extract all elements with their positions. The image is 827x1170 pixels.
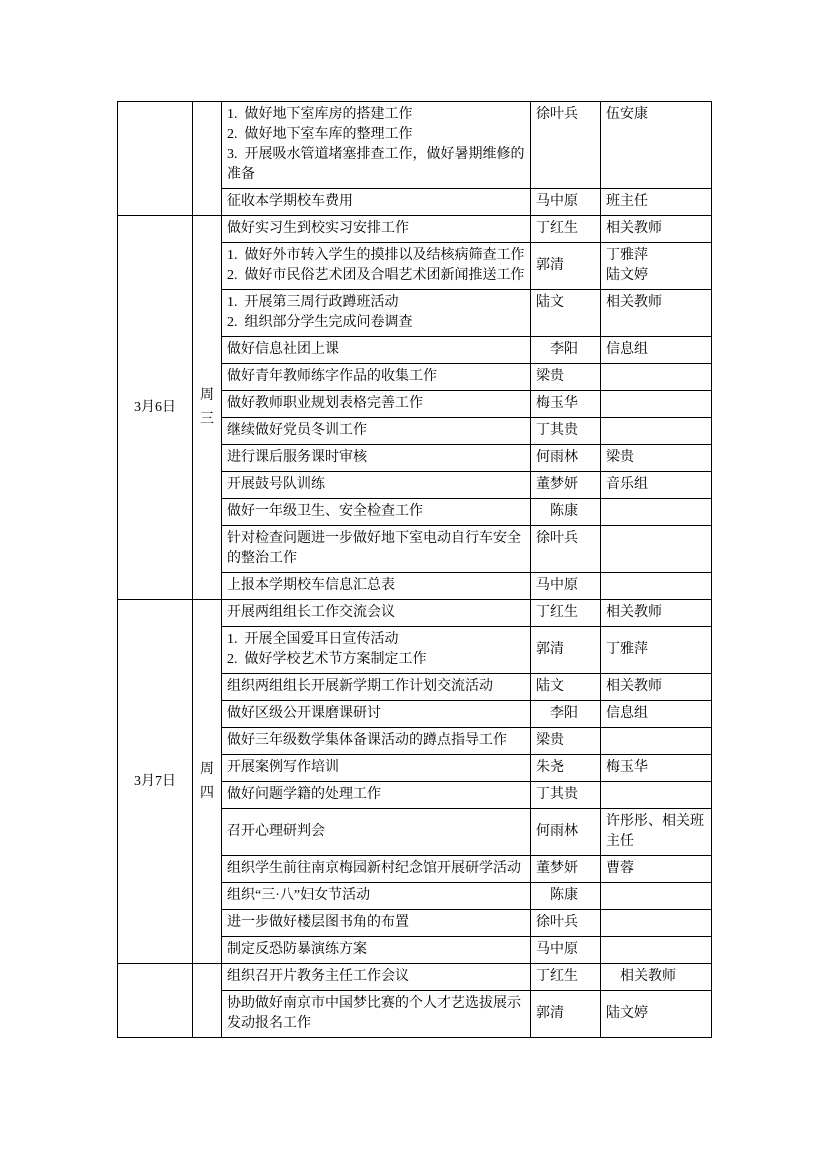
person-cell: 丁其贵 (531, 418, 601, 445)
assist-cell: 班主任 (601, 189, 712, 216)
date-cell: 3月7日 (118, 600, 193, 964)
task-cell: 组织学生前往南京梅园新村纪念馆开展研学活动 (222, 856, 531, 883)
task-cell: 做好一年级卫生、安全检查工作 (222, 499, 531, 526)
assist-cell: 曹蓉 (601, 856, 712, 883)
table-row: 1. 做好地下室库房的搭建工作 2. 做好地下室车库的整理工作 3. 开展吸水管… (118, 102, 712, 189)
assist-cell (601, 364, 712, 391)
weekday-cell (193, 964, 222, 1038)
assist-cell: 梁贵 (601, 445, 712, 472)
assist-cell: 相关教师 (601, 290, 712, 337)
table-row: 组织召开片教务主任工作会议 丁红生 相关教师 (118, 964, 712, 991)
assist-cell: 许彤彤、相关班主任 (601, 809, 712, 856)
task-cell: 组织两组组长开展新学期工作计划交流活动 (222, 674, 531, 701)
person-cell: 李阳 (531, 701, 601, 728)
person-cell: 马中原 (531, 573, 601, 600)
person-cell: 徐叶兵 (531, 102, 601, 189)
person-cell: 陆文 (531, 290, 601, 337)
person-cell: 郭清 (531, 627, 601, 674)
assist-cell (601, 499, 712, 526)
document-page: 1. 做好地下室库房的搭建工作 2. 做好地下室车库的整理工作 3. 开展吸水管… (0, 0, 827, 1170)
assist-cell: 音乐组 (601, 472, 712, 499)
assist-cell: 梅玉华 (601, 755, 712, 782)
task-cell: 制定反恐防暴演练方案 (222, 937, 531, 964)
task-cell: 1. 做好地下室库房的搭建工作 2. 做好地下室车库的整理工作 3. 开展吸水管… (222, 102, 531, 189)
date-cell (118, 964, 193, 1038)
assist-cell: 丁雅萍 (601, 627, 712, 674)
task-cell: 进行课后服务课时审核 (222, 445, 531, 472)
person-cell: 何雨林 (531, 809, 601, 856)
table-row: 3月6日 周三 做好实习生到校实习安排工作 丁红生 相关教师 (118, 216, 712, 243)
assist-cell: 陆文婷 (601, 991, 712, 1038)
task-cell: 做好青年教师练字作品的收集工作 (222, 364, 531, 391)
assist-cell: 信息组 (601, 337, 712, 364)
person-cell: 丁其贵 (531, 782, 601, 809)
task-cell: 上报本学期校车信息汇总表 (222, 573, 531, 600)
task-cell: 1. 开展全国爱耳日宣传活动 2. 做好学校艺术节方案制定工作 (222, 627, 531, 674)
person-cell: 陈康 (531, 883, 601, 910)
task-cell: 继续做好党员冬训工作 (222, 418, 531, 445)
task-cell: 组织“三·八”妇女节活动 (222, 883, 531, 910)
assist-cell (601, 937, 712, 964)
person-cell: 丁红生 (531, 600, 601, 627)
assist-cell: 伍安康 (601, 102, 712, 189)
task-cell: 做好信息社团上课 (222, 337, 531, 364)
person-cell: 郭清 (531, 243, 601, 290)
person-cell: 朱尧 (531, 755, 601, 782)
assist-cell: 相关教师 (601, 964, 712, 991)
task-cell: 针对检查问题进一步做好地下室电动自行车安全的整治工作 (222, 526, 531, 573)
assist-cell: 相关教师 (601, 600, 712, 627)
person-cell: 梁贵 (531, 364, 601, 391)
assist-cell (601, 391, 712, 418)
task-cell: 开展两组组长工作交流会议 (222, 600, 531, 627)
schedule-table: 1. 做好地下室库房的搭建工作 2. 做好地下室车库的整理工作 3. 开展吸水管… (117, 101, 712, 1038)
assist-cell (601, 573, 712, 600)
weekday-cell (193, 102, 222, 216)
task-cell: 做好区级公开课磨课研讨 (222, 701, 531, 728)
task-cell: 做好教师职业规划表格完善工作 (222, 391, 531, 418)
assist-cell: 相关教师 (601, 674, 712, 701)
task-cell: 做好问题学籍的处理工作 (222, 782, 531, 809)
assist-cell (601, 526, 712, 573)
weekday-cell: 周四 (193, 600, 222, 964)
person-cell: 陈康 (531, 499, 601, 526)
task-cell: 做好三年级数学集体备课活动的蹲点指导工作 (222, 728, 531, 755)
person-cell: 丁红生 (531, 216, 601, 243)
person-cell: 何雨林 (531, 445, 601, 472)
task-cell: 1. 开展第三周行政蹲班活动 2. 组织部分学生完成问卷调查 (222, 290, 531, 337)
person-cell: 董梦妍 (531, 856, 601, 883)
date-cell: 3月6日 (118, 216, 193, 600)
weekday-cell: 周三 (193, 216, 222, 600)
person-cell: 郭清 (531, 991, 601, 1038)
assist-cell (601, 728, 712, 755)
date-cell (118, 102, 193, 216)
person-cell: 陆文 (531, 674, 601, 701)
task-cell: 协助做好南京市中国梦比赛的个人才艺选拔展示发动报名工作 (222, 991, 531, 1038)
assist-cell: 丁雅萍 陆文婷 (601, 243, 712, 290)
task-cell: 开展案例写作培训 (222, 755, 531, 782)
person-cell: 马中原 (531, 189, 601, 216)
task-cell: 召开心理研判会 (222, 809, 531, 856)
assist-cell (601, 910, 712, 937)
assist-cell (601, 883, 712, 910)
assist-cell: 相关教师 (601, 216, 712, 243)
person-cell: 马中原 (531, 937, 601, 964)
task-cell: 1. 做好外市转入学生的摸排以及结核病筛查工作 2. 做好市民俗艺术团及合唱艺术… (222, 243, 531, 290)
task-cell: 开展鼓号队训练 (222, 472, 531, 499)
assist-cell (601, 782, 712, 809)
person-cell: 徐叶兵 (531, 910, 601, 937)
task-cell: 组织召开片教务主任工作会议 (222, 964, 531, 991)
person-cell: 丁红生 (531, 964, 601, 991)
task-cell: 进一步做好楼层图书角的布置 (222, 910, 531, 937)
person-cell: 梅玉华 (531, 391, 601, 418)
person-cell: 徐叶兵 (531, 526, 601, 573)
assist-cell: 信息组 (601, 701, 712, 728)
task-cell: 做好实习生到校实习安排工作 (222, 216, 531, 243)
task-cell: 征收本学期校车费用 (222, 189, 531, 216)
table-row: 3月7日 周四 开展两组组长工作交流会议 丁红生 相关教师 (118, 600, 712, 627)
person-cell: 李阳 (531, 337, 601, 364)
person-cell: 梁贵 (531, 728, 601, 755)
person-cell: 董梦妍 (531, 472, 601, 499)
assist-cell (601, 418, 712, 445)
